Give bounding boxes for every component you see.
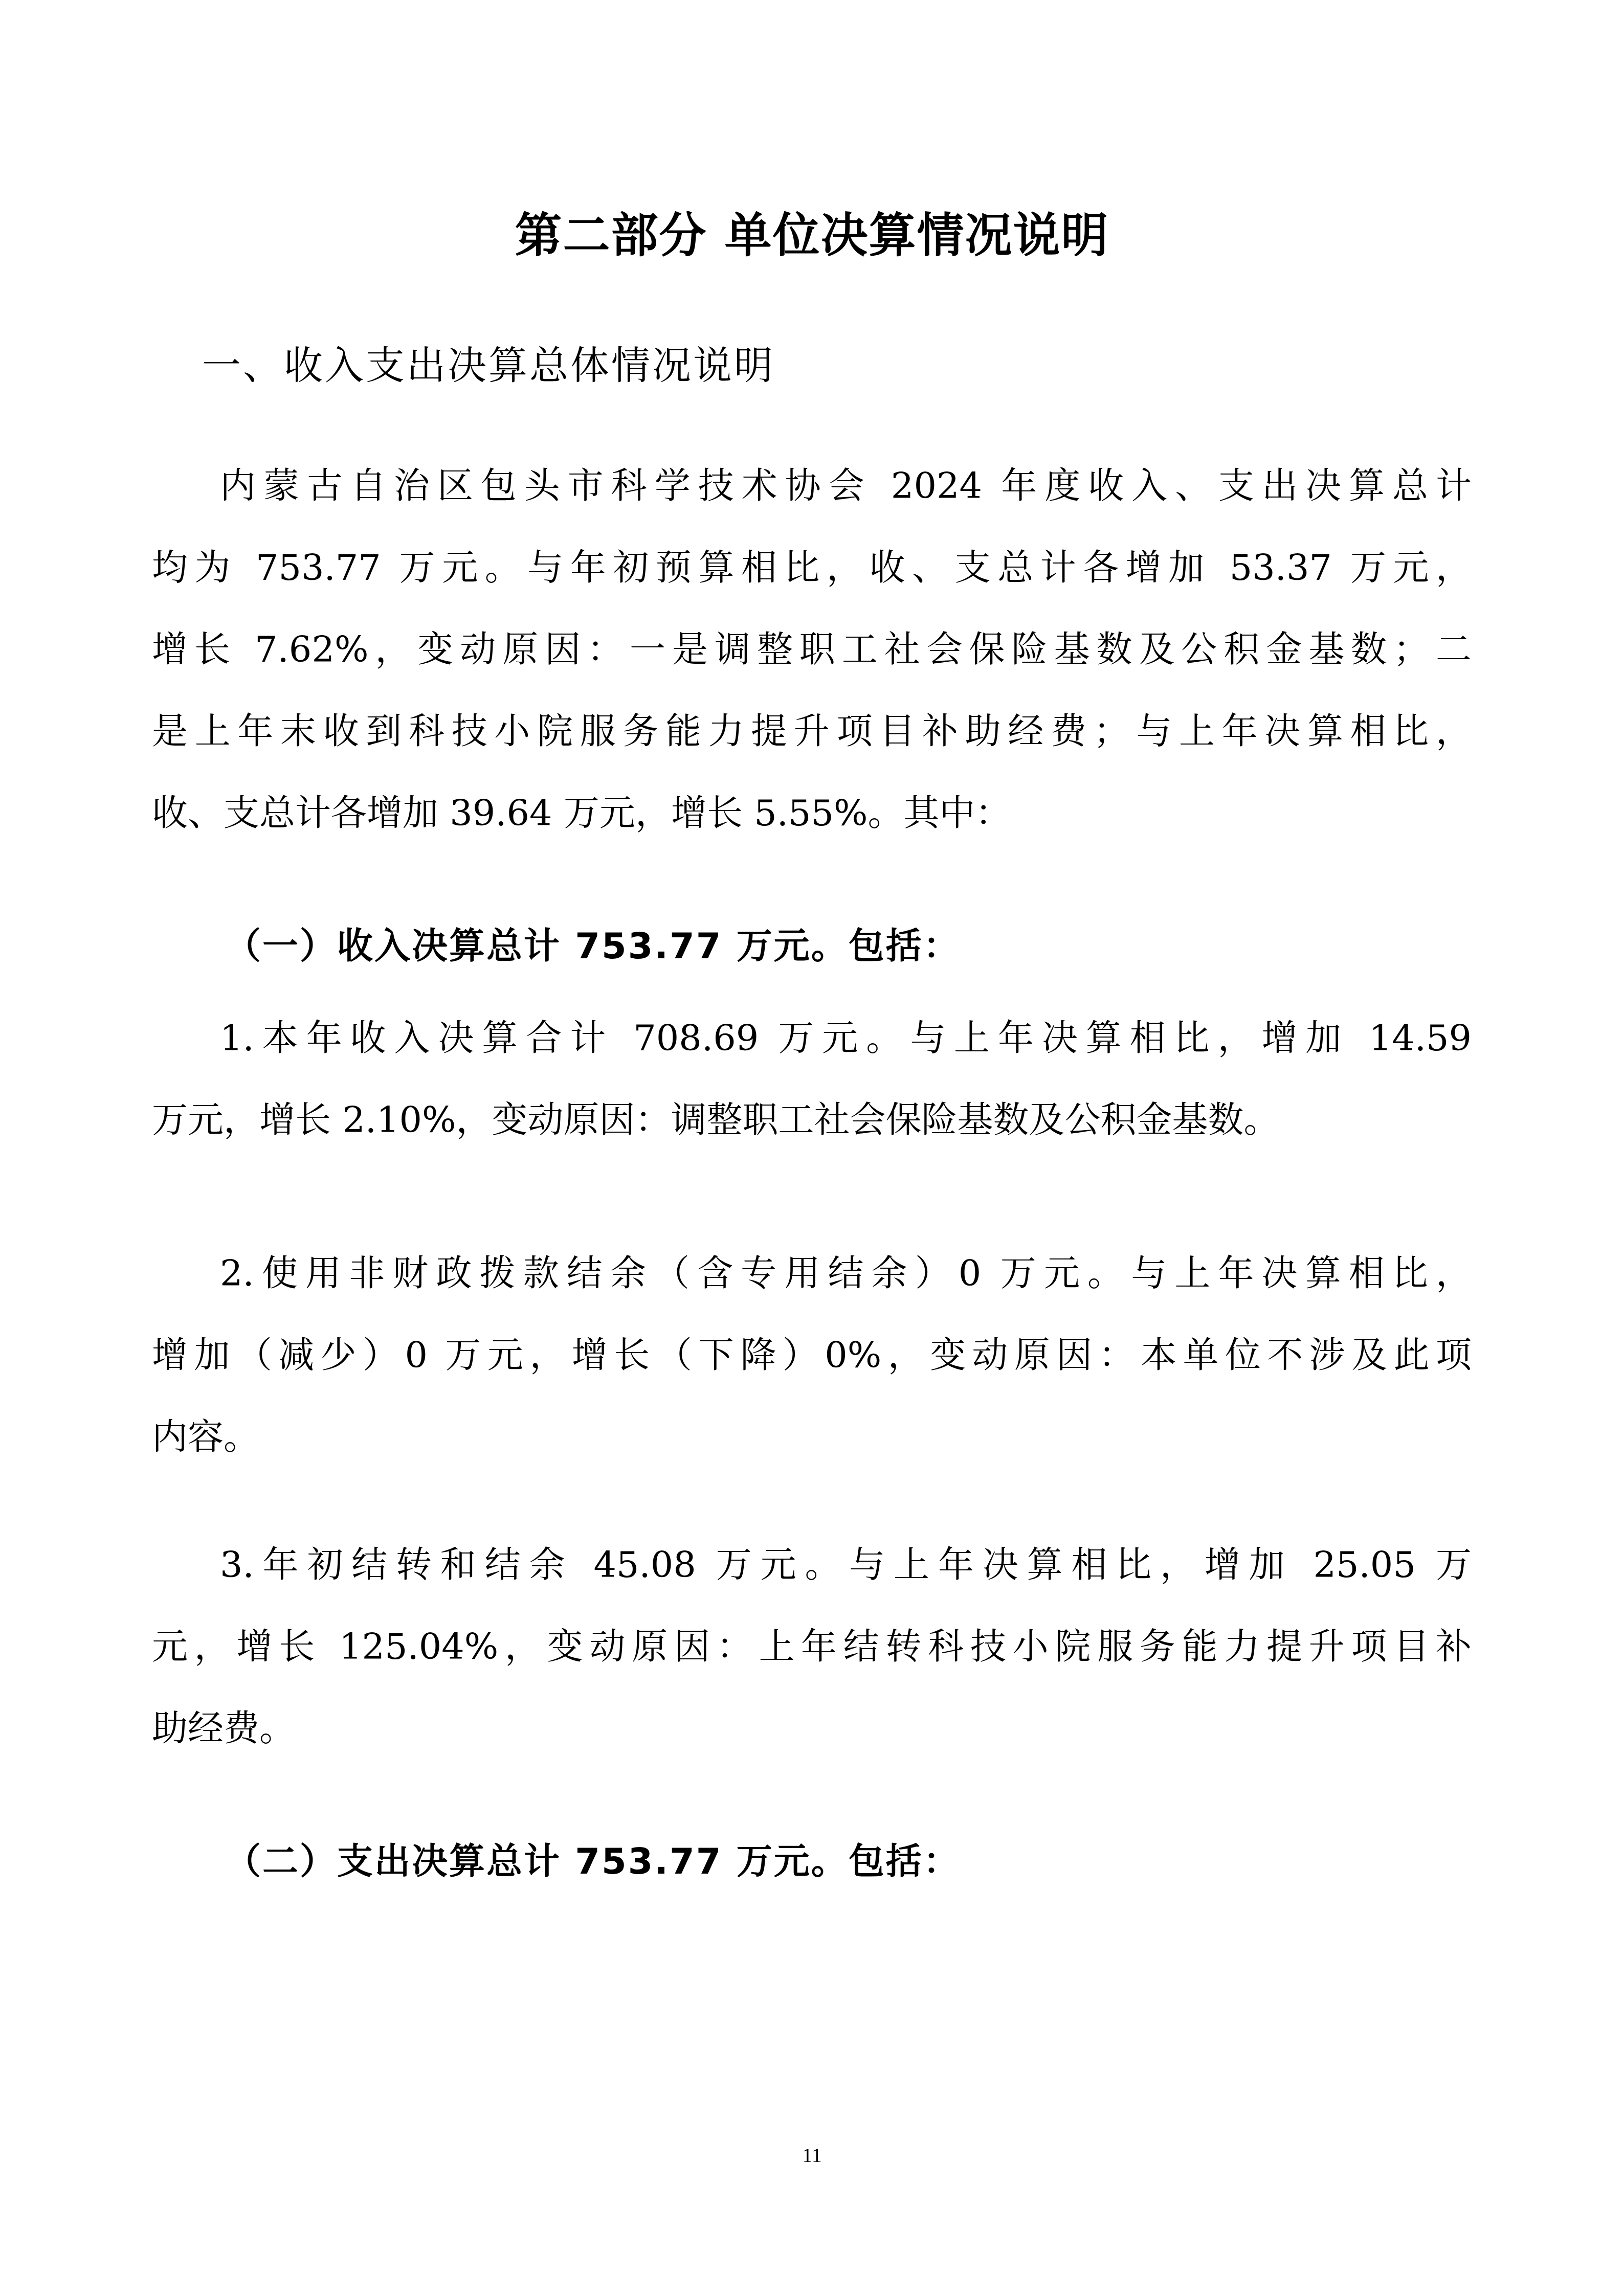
subsection-heading-expenditure-total: （二）支出决算总计 753.77 万元。包括：	[225, 1836, 961, 1887]
section-heading-income-expenditure-overview: 一、收入支出决算总体情况说明	[202, 337, 775, 394]
income-item-3-line: 助经费。	[152, 1703, 1472, 1754]
paragraph-line: 收、支总计各增加 39.64 万元，增长 5.55%。其中：	[152, 787, 1472, 839]
income-item-2-line: 内容。	[152, 1411, 1472, 1462]
income-item-1-line: 万元，增长 2.10%，变动原因：调整职工社会保险基数及公积金基数。	[152, 1094, 1472, 1145]
paragraph-line: 增长 7.62%，变动原因：一是调整职工社会保险基数及公积金基数；二	[152, 624, 1472, 675]
income-item-3-line: 3.年初结转和结余 45.08 万元。与上年决算相比，增加 25.05 万	[220, 1539, 1472, 1590]
page-title: 第二部分 单位决算情况说明	[0, 205, 1624, 266]
paragraph-line: 均为 753.77 万元。与年初预算相比，收、支总计各增加 53.37 万元，	[152, 542, 1472, 593]
income-item-3-line: 元，增长 125.04%，变动原因：上年结转科技小院服务能力提升项目补	[152, 1621, 1472, 1672]
paragraph-line: 是上年末收到科技小院服务能力提升项目补助经费；与上年决算相比，	[152, 706, 1472, 757]
paragraph-line: 内蒙古自治区包头市科学技术协会 2024 年度收入、支出决算总计	[220, 460, 1472, 511]
income-item-1-line: 1.本年收入决算合计 708.69 万元。与上年决算相比，增加 14.59	[220, 1012, 1472, 1064]
document-page: 第二部分 单位决算情况说明 一、收入支出决算总体情况说明 内蒙古自治区包头市科学…	[0, 0, 1624, 2296]
page-number: 11	[0, 2143, 1624, 2168]
income-item-2-line: 2.使用非财政拨款结余（含专用结余）0 万元。与上年决算相比，	[220, 1248, 1472, 1299]
income-item-2-line: 增加（减少）0 万元，增长（下降）0%，变动原因：本单位不涉及此项	[152, 1330, 1472, 1381]
subsection-heading-income-total: （一）收入决算总计 753.77 万元。包括：	[225, 920, 961, 972]
